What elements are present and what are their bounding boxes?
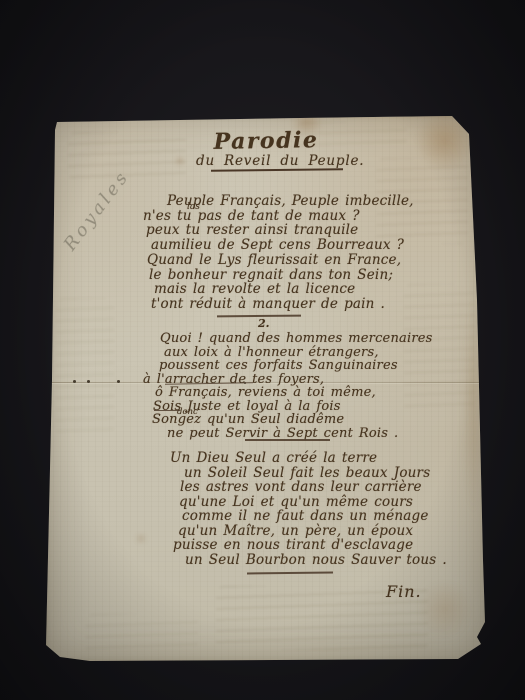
foxing-stain — [174, 156, 186, 166]
pin-hole — [87, 380, 90, 383]
end-divider — [247, 572, 333, 574]
poem-line: comme il ne faut dans un ménage — [182, 509, 447, 524]
pin-hole — [73, 380, 76, 383]
poem-line: Peuple Français, Peuple imbecille, — [167, 194, 414, 209]
stanza-2: Quoi ! quand des hommes mercenaires aux … — [143, 332, 433, 440]
poem-line: ô Français, reviens à toi même, — [155, 386, 433, 400]
poem-line: un Seul Bourbon nous Sauver tous . — [185, 553, 447, 568]
poem-line: poussent ces forfaits Sanguinaires — [159, 359, 433, 373]
poem-line: qu'une Loi et qu'un même cours — [179, 495, 447, 510]
verso-show-through — [56, 298, 114, 436]
stanza-1: Peuple Français, Peuple imbecille, n'es … — [143, 194, 414, 312]
subtitle-underline — [211, 168, 343, 171]
stanza-3: Un Dieu Seul a créé la terre un Soleil S… — [143, 451, 447, 567]
stanza-divider — [245, 439, 330, 441]
photo-background: Royales Parodie du Reveil du Peuple. Peu… — [0, 0, 525, 700]
interline-correction: donc — [177, 407, 198, 417]
poem-line: mais la revolte et la licence — [154, 282, 414, 297]
interline-correction: las — [187, 202, 200, 212]
poem-line: Quand le Lys fleurissait en France, — [147, 253, 414, 268]
poem-line: un Soleil Seul fait les beaux Jours — [184, 466, 447, 481]
manuscript-page: Royales Parodie du Reveil du Peuple. Peu… — [46, 116, 486, 662]
poem-subtitle: du Reveil du Peuple. — [196, 153, 358, 169]
poem-line: aux loix à l'honneur étrangers, — [164, 346, 433, 360]
foxing-stain — [462, 296, 484, 516]
verso-show-through — [86, 614, 198, 654]
poem-title: Parodie — [176, 126, 356, 155]
pin-hole — [117, 380, 120, 383]
poem-line: Un Dieu Seul a créé la terre — [170, 451, 447, 466]
poem-line: peux tu rester ainsi tranquile — [146, 223, 414, 238]
ink-underline — [154, 410, 180, 411]
poem-line: Quoi ! quand des hommes mercenaires — [160, 332, 433, 346]
poem-line: ne peut Servir à Sept cent Rois . — [167, 427, 433, 441]
poem-line: t'ont réduit à manquer de pain . — [151, 297, 414, 312]
poem-line: n'es tu pas de tant de maux ? — [143, 209, 414, 224]
poem-ending: Fin. — [386, 582, 456, 601]
poem-line: le bonheur regnait dans ton Sein; — [149, 268, 414, 283]
poem-line: aumilieu de Sept cens Bourreaux ? — [151, 238, 414, 253]
poem-line: qu'un Maître, un père, un époux — [178, 524, 447, 539]
stanza-number: 2. — [258, 317, 269, 330]
poem-line: puisse en nous tirant d'esclavage — [173, 538, 447, 553]
poem-line: les astres vont dans leur carrière — [180, 480, 447, 495]
foxing-stain — [414, 112, 476, 170]
